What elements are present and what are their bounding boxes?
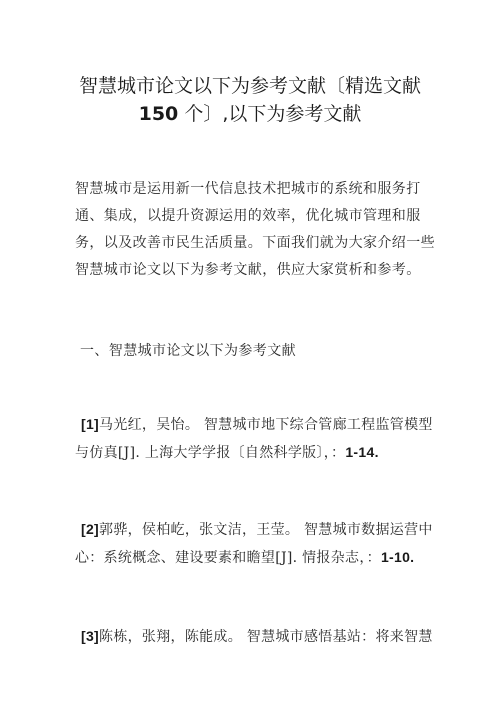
- reference-item: [3]陈栋，张翔，陈能成。 智慧城市感悟基站：将来智慧: [75, 623, 425, 651]
- reference-text: 郭骅，侯柏屹，张文洁，王莹。 智慧城市数据运营中: [99, 522, 433, 538]
- reference-number: [3]: [81, 628, 99, 644]
- intro-line: 智慧城市是运用新一代信息技术把城市的系统和服务打: [75, 176, 425, 203]
- reference-number: [2]: [81, 521, 99, 537]
- document-page: 智慧城市论文以下为参考文献〔精选文献 150 个〕,以下为参考文献 智慧城市是运…: [0, 0, 500, 707]
- intro-paragraph: 智慧城市是运用新一代信息技术把城市的系统和服务打 通、集成，以提升资源运用的效率…: [75, 176, 425, 284]
- reference-line: [1]马光红，吴怡。 智慧城市地下综合管廊工程监管模型: [75, 411, 425, 439]
- document-title: 智慧城市论文以下为参考文献〔精选文献 150 个〕,以下为参考文献: [60, 72, 440, 128]
- reference-line: [3]陈栋，张翔，陈能成。 智慧城市感悟基站：将来智慧: [75, 623, 425, 651]
- intro-line: 通、集成，以提升资源运用的效率，优化城市管理和服: [75, 203, 425, 230]
- section-heading: 一、智慧城市论文以下为参考文献: [80, 340, 296, 362]
- title-line-2: 150 个〕,以下为参考文献: [60, 100, 440, 128]
- title-line-1: 智慧城市论文以下为参考文献〔精选文献: [60, 72, 440, 100]
- title-count: 150: [139, 103, 179, 125]
- reference-number: [1]: [81, 416, 99, 432]
- reference-item: [1]马光红，吴怡。 智慧城市地下综合管廊工程监管模型 与仿真[J]. 上海大学…: [75, 411, 425, 467]
- reference-text: 陈栋，张翔，陈能成。 智慧城市感悟基站：将来智慧: [99, 629, 433, 645]
- reference-pages: 1-14.: [345, 444, 378, 460]
- title-line-2-text: 个〕,以下为参考文献: [178, 103, 361, 125]
- reference-line: [2]郭骅，侯柏屹，张文洁，王莹。 智慧城市数据运营中: [75, 516, 425, 544]
- reference-text: 马光红，吴怡。 智慧城市地下综合管廊工程监管模型: [99, 417, 433, 433]
- reference-line: 与仿真[J]. 上海大学学报〔自然科学版〕，：1-14.: [75, 439, 425, 467]
- reference-item: [2]郭骅，侯柏屹，张文洁，王莹。 智慧城市数据运营中 心：系统概念、建设要素和…: [75, 516, 425, 572]
- intro-line: 务，以及改善市民生活质量。下面我们就为大家介绍一些: [75, 230, 425, 257]
- reference-text: 心：系统概念、建设要素和瞻望[J]. 情报杂志，：: [75, 550, 381, 566]
- intro-line: 智慧城市论文以下为参考文献，供应大家赏析和参考。: [75, 257, 425, 284]
- reference-line: 心：系统概念、建设要素和瞻望[J]. 情报杂志，：1-10.: [75, 544, 425, 572]
- reference-pages: 1-10.: [381, 549, 414, 565]
- reference-text: 与仿真[J]. 上海大学学报〔自然科学版〕，：: [75, 445, 345, 461]
